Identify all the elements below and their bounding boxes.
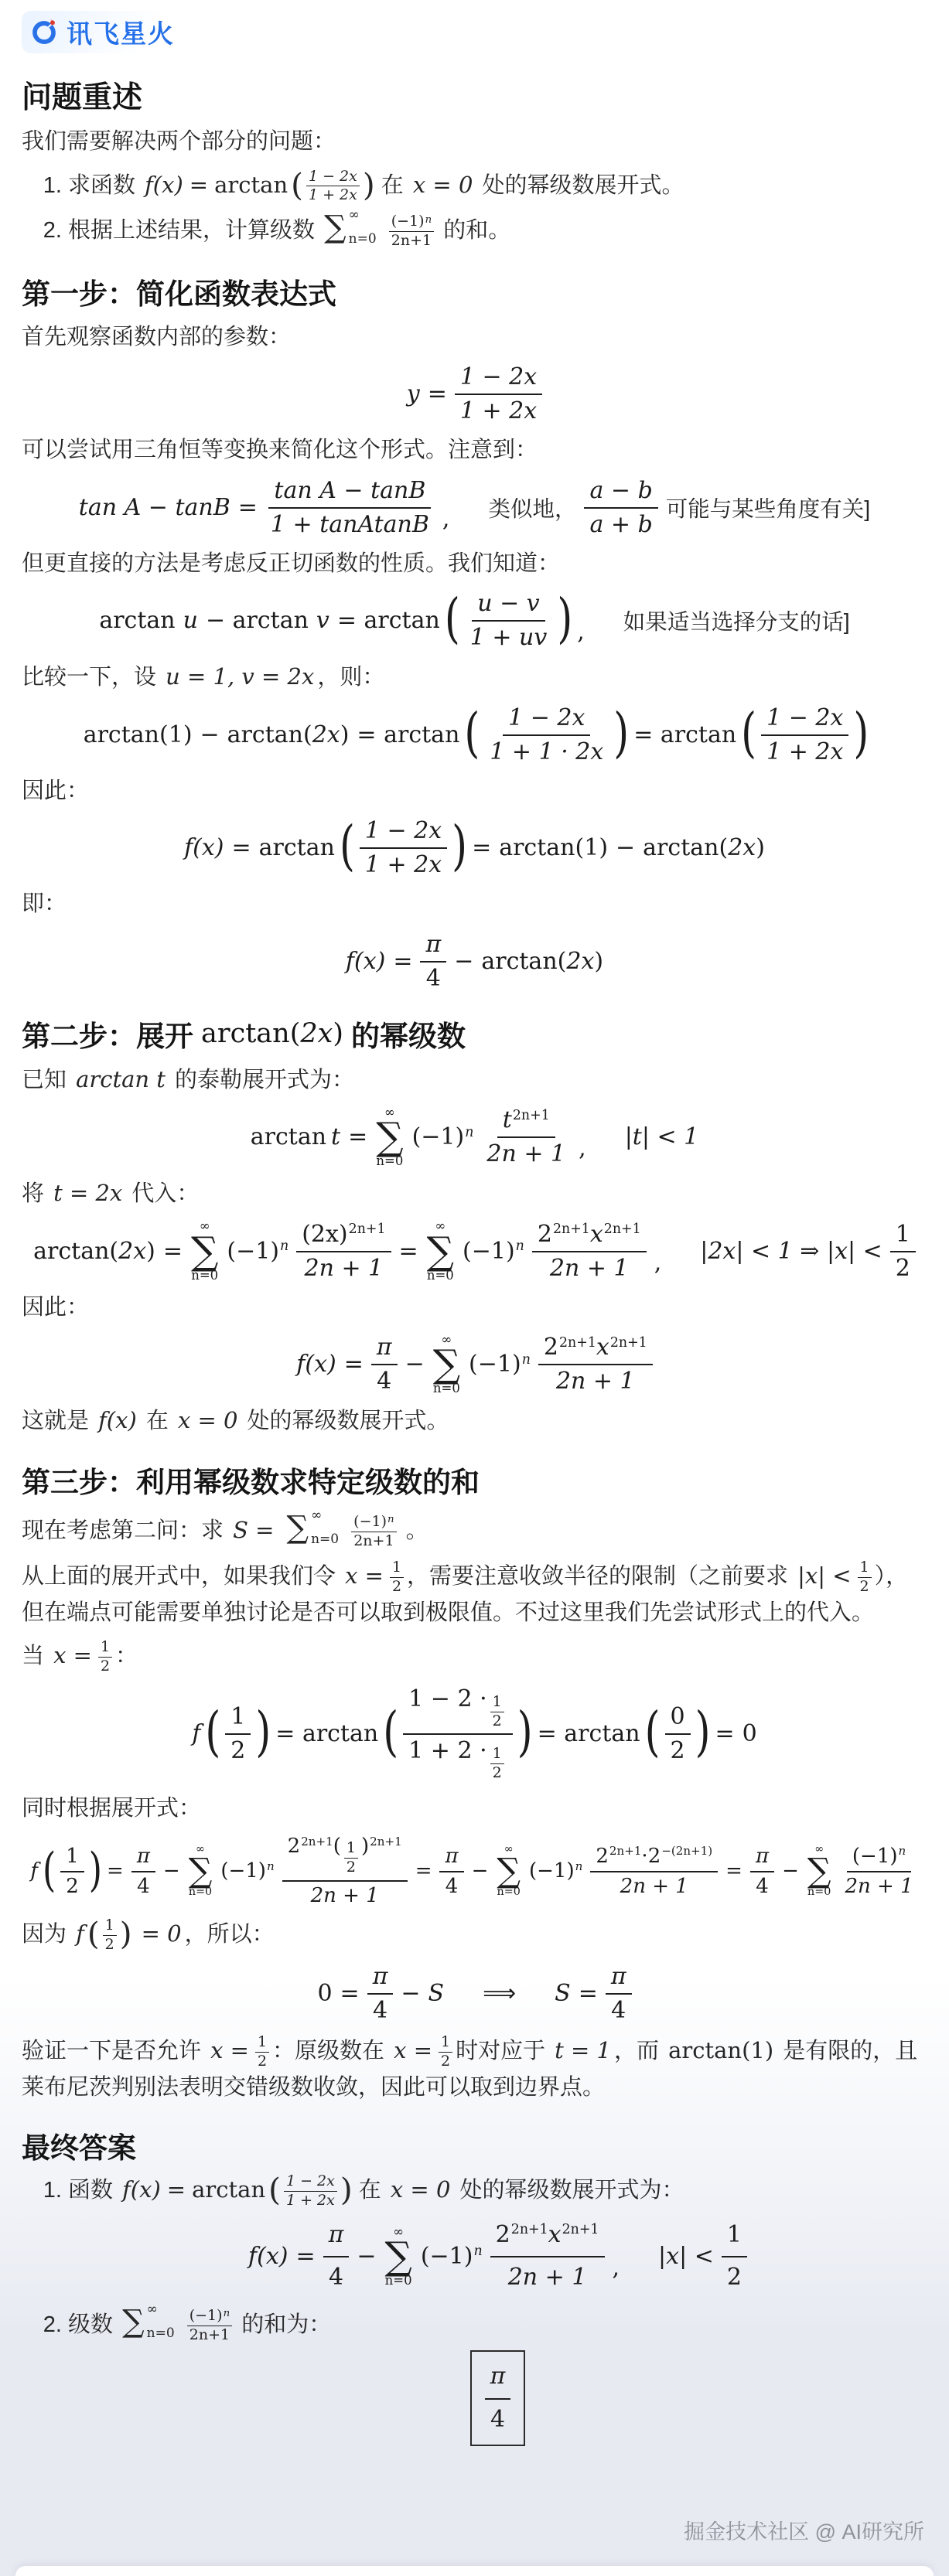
formula-fx-equivalence: f(x)= arctan ( 1 − 2x1 + 2x ) = arctan(1… bbox=[22, 816, 927, 879]
text-span: 验证一下是否允许 bbox=[22, 2039, 201, 2063]
math-var: x bbox=[590, 1221, 603, 1248]
fraction: π4 bbox=[371, 1333, 398, 1395]
superscript: n bbox=[575, 1859, 583, 1873]
superscript: n bbox=[899, 1844, 906, 1858]
text-span: 2n+1 bbox=[389, 232, 434, 250]
text-span: (−1)n bbox=[227, 1238, 288, 1265]
text-span: 4 bbox=[440, 1872, 464, 1899]
text-span: 1 − 2x bbox=[455, 363, 542, 395]
section-title-step1: 第一步：简化函数表达式 bbox=[22, 271, 927, 312]
text-span: 求函数 bbox=[68, 173, 135, 198]
text-span: 2n + 1 bbox=[615, 1872, 694, 1899]
superscript: 2n+1 bbox=[370, 1835, 402, 1849]
text-span: ： bbox=[115, 1644, 138, 1668]
step3-p5: 因为 f(12) = 0，所以： bbox=[22, 1917, 927, 1954]
step3-p4: 同时根据展开式： bbox=[22, 1792, 927, 1826]
math-var: f(x) bbox=[122, 2176, 161, 2203]
inline-fraction: (−1)n2n+1 bbox=[351, 1513, 396, 1551]
math-var: n bbox=[516, 1239, 524, 1254]
text-span: 1 bbox=[490, 1745, 504, 1764]
text-span: − bbox=[405, 1351, 425, 1378]
math-var: arctan t bbox=[76, 1066, 166, 1092]
step2-p3: 因此： bbox=[22, 1291, 927, 1325]
text-span: ∞ bbox=[147, 2303, 175, 2316]
fraction: 1 − 2 ·12 1 + 2 ·12 bbox=[403, 1685, 513, 1784]
formula-fx-simplified: f(x)= π4 − arctan(2x) bbox=[22, 930, 927, 993]
text-span: π bbox=[750, 1844, 774, 1872]
math-var: |2x| < 1 ⇒ |x| < bbox=[700, 1238, 882, 1265]
text-span: 0 bbox=[742, 1720, 757, 1747]
text-span: 1 + 2x bbox=[306, 186, 360, 205]
inline-fraction: 12 bbox=[439, 2033, 452, 2071]
text-span: = arctan bbox=[337, 607, 440, 634]
text-span: arctan bbox=[214, 172, 288, 198]
math-var: π bbox=[611, 1963, 626, 1990]
text-span: 1 + 2 · bbox=[408, 1737, 486, 1764]
text-span: ) bbox=[340, 721, 350, 748]
fraction: t2n+12n + 1 bbox=[481, 1106, 571, 1168]
text-span: ∑ bbox=[433, 1346, 460, 1382]
text-span: ( bbox=[268, 2171, 281, 2208]
text-span: (−1)n bbox=[529, 1859, 582, 1883]
text-span: ) bbox=[853, 719, 869, 751]
fraction: (2x)2n+12n + 1 bbox=[296, 1220, 391, 1283]
text-span: n=0 bbox=[349, 233, 377, 246]
text-span: · bbox=[641, 1845, 647, 1868]
summation: ∞∑n=0 bbox=[191, 1220, 218, 1282]
math-var: π bbox=[377, 1334, 392, 1361]
text-span: ( bbox=[445, 605, 460, 636]
text-span: 第二步：展开 bbox=[22, 1013, 193, 1055]
text-span: 2 bbox=[596, 1845, 609, 1868]
text-span: ∞ bbox=[349, 209, 377, 222]
text-span: arctan bbox=[481, 948, 557, 975]
step1-p4: 比较一下，设 u = 1, v = 2x，则： bbox=[22, 660, 927, 695]
formula-f-half-series: f ( 12 ) = π4 − ∞∑n=0 (−1)n 22n+1(12)2n+… bbox=[22, 1834, 927, 1908]
formula-arctan-identity: arctanu − arctanv = arctan ( u − v1 + uv… bbox=[22, 589, 927, 652]
inline-fraction: 12 bbox=[98, 1638, 112, 1676]
text-span: ( bbox=[719, 834, 728, 861]
step1-p3: 但更直接的方法是考虑反正切函数的性质。我们知道： bbox=[22, 547, 927, 581]
math-var: S bbox=[428, 1980, 445, 2007]
answer-box: π4 bbox=[470, 2350, 526, 2446]
icon-shape bbox=[50, 20, 55, 25]
superscript: 2n+1 bbox=[301, 1835, 333, 1849]
text-span: arctan(1) bbox=[668, 2037, 773, 2063]
text-span: 4 bbox=[377, 1368, 391, 1395]
fraction: π4 bbox=[367, 1962, 394, 2025]
math-var: f(x) bbox=[296, 1351, 336, 1378]
math-var: 2n + 1 bbox=[845, 1875, 913, 1898]
superscript: 2n+1 bbox=[562, 2220, 599, 2240]
text-span: ( bbox=[575, 834, 585, 861]
text-span: π bbox=[367, 1962, 394, 1995]
text-span: (−1) bbox=[391, 213, 425, 231]
step3-p3: 当 x =12： bbox=[22, 1638, 927, 1676]
inline-fraction: 12 bbox=[390, 1559, 404, 1596]
text-span: ) bbox=[333, 1018, 343, 1049]
superscript: −(2n+1) bbox=[661, 1844, 712, 1858]
spark-droplet-icon bbox=[28, 16, 60, 49]
text-span: ∞n=0 bbox=[311, 1509, 339, 1546]
formula-y-definition: y= 1 − 2x1 + 2x bbox=[22, 363, 927, 425]
text-span: ，而 bbox=[614, 2039, 659, 2063]
text-span: ( bbox=[333, 1835, 341, 1858]
math-var: tan A − tanB bbox=[274, 477, 425, 504]
text-span: = bbox=[238, 494, 258, 521]
text-span: (−1) bbox=[189, 2307, 223, 2326]
problem-item-2: 根据上述结果，计算级数 ∞∑∞n=0 (−1)n2n+1 的和。 bbox=[68, 209, 927, 250]
text-span: ( bbox=[340, 832, 355, 864]
math-var: u − v bbox=[477, 590, 539, 617]
text-span: 1 bbox=[896, 1221, 910, 1248]
text-span: ∑ bbox=[189, 1855, 213, 1887]
formula-final-series: f(x)= π4 − ∞∑n=0 (−1)n 22n+1x2n+12n + 1 … bbox=[68, 2217, 927, 2297]
final-item-1: 函数 f(x)=arctan(1 − 2x1 + 2x) 在 x = 0 处的幂… bbox=[68, 2172, 927, 2297]
text-span: (2x)2n+1 bbox=[296, 1220, 391, 1252]
text-span: ∞n=0 bbox=[349, 209, 377, 246]
section-title-restate: 问题重述 bbox=[22, 73, 927, 117]
text-span: 在 bbox=[146, 1409, 169, 1433]
text-span: 12 bbox=[490, 1745, 504, 1783]
text-span: ( bbox=[43, 1857, 56, 1885]
math-var: 1 − 2x bbox=[286, 2172, 335, 2191]
math-var: 1 + 2x bbox=[365, 851, 442, 878]
math-var: 2n + 1 bbox=[311, 1884, 379, 1907]
math-var: a − b bbox=[589, 477, 652, 504]
fraction: 22n+1x2n+12n + 1 bbox=[490, 2217, 605, 2297]
text-span: 1 bbox=[225, 1702, 251, 1735]
text-span: 现在考虑第二问：求 bbox=[22, 1518, 224, 1543]
text-span: (−1)n bbox=[220, 1859, 274, 1883]
text-span: (−1) bbox=[463, 1238, 515, 1265]
math-var: n bbox=[387, 1514, 394, 1525]
text-span: 2 bbox=[671, 1737, 685, 1764]
math-var: 2n + 1 bbox=[550, 1255, 629, 1282]
text-span: 2 bbox=[390, 1578, 404, 1596]
text-span: (−1) bbox=[469, 1351, 521, 1378]
superscript: n bbox=[267, 1859, 275, 1873]
inline-fraction: 12 bbox=[103, 1917, 117, 1954]
formula-sum-result: 0= π4 −S ⟹ S= π4 bbox=[22, 1962, 927, 2025]
text-span: 12 bbox=[490, 1693, 504, 1731]
text-span: (−1) bbox=[412, 1123, 465, 1150]
text-span: 1 − 2x bbox=[761, 704, 848, 736]
text-span: (2x) bbox=[302, 1221, 347, 1248]
section-title-step2: 第二步：展开 arctan(2x) 的幂级数 bbox=[22, 1013, 927, 1055]
text-span: 2 bbox=[890, 1252, 916, 1283]
math-var: f bbox=[76, 1920, 84, 1947]
math-var: 1 + 1 · 2x bbox=[490, 738, 603, 765]
text-span: = arctan bbox=[357, 721, 459, 748]
text-span: 2 bbox=[60, 1872, 84, 1899]
step2-p4: 这就是 f(x) 在 x = 0 处的幂级数展开式。 bbox=[22, 1404, 927, 1439]
text-span: arctan(1) bbox=[499, 834, 608, 861]
text-span: ：原级数在 bbox=[272, 2039, 384, 2063]
fraction: 22n+1x2n+12n + 1 bbox=[532, 1220, 647, 1283]
text-span: 2n + 1 bbox=[306, 1882, 384, 1908]
fraction: π4 bbox=[323, 2217, 350, 2297]
math-var: 2x bbox=[566, 948, 594, 975]
text-span: 1 − 2x bbox=[503, 704, 590, 736]
text-span: ，需要注意收敛半径的限制（之前要求 bbox=[407, 1564, 788, 1589]
text-span: 2 bbox=[490, 1764, 504, 1783]
text-span: u − v bbox=[472, 589, 544, 622]
fraction: 22n+1(12)2n+1 2n + 1 bbox=[282, 1834, 408, 1908]
summation: ∞∑n=0 bbox=[497, 1844, 521, 1897]
math-var: |x| < bbox=[658, 2239, 714, 2275]
text-span: (−1)n bbox=[847, 1844, 911, 1872]
text-span: arctan bbox=[84, 721, 159, 748]
math-var: 2n + 1 bbox=[486, 1140, 565, 1167]
bottom-card bbox=[15, 2566, 934, 2576]
fraction: π4 bbox=[485, 2358, 511, 2438]
text-span: ( bbox=[645, 1718, 661, 1750]
text-span: π bbox=[420, 930, 446, 963]
text-span: ∞n=0 bbox=[147, 2303, 175, 2340]
math-var: n bbox=[473, 2244, 482, 2259]
formula-f-half-value: f ( 12 ) = arctan ( 1 − 2 ·12 1 + 2 ·12 … bbox=[22, 1685, 927, 1784]
text-span: ) bbox=[340, 2171, 353, 2208]
text-span: 2 bbox=[544, 1334, 558, 1361]
text-span: arctan bbox=[643, 834, 719, 861]
text-span: n=0 bbox=[147, 2327, 175, 2340]
text-span: ( bbox=[383, 1718, 398, 1750]
text-span: (−1)n bbox=[463, 1238, 524, 1265]
math-var: π bbox=[425, 931, 441, 958]
fraction: 12 bbox=[60, 1844, 84, 1899]
summation: ∞∑n=0 bbox=[427, 1220, 454, 1282]
text-span: 2n + 1 bbox=[503, 2257, 592, 2297]
superscript: n bbox=[280, 1239, 288, 1254]
text-span: ) bbox=[146, 1238, 155, 1265]
superscript: n bbox=[522, 1352, 531, 1368]
math-var: tan A − tanB bbox=[79, 494, 230, 521]
math-var: n bbox=[267, 1859, 275, 1873]
text-span: 0 bbox=[317, 1980, 332, 2007]
text-span: ∑ bbox=[122, 2308, 145, 2336]
text-span: 4 bbox=[373, 1997, 387, 2024]
text-span: 在 bbox=[359, 2178, 381, 2203]
math-var: π bbox=[137, 1845, 150, 1868]
text-span: ) bbox=[695, 1718, 711, 1750]
step1-p5: 因此： bbox=[22, 775, 927, 809]
text-span: ，所以： bbox=[185, 1922, 275, 1947]
text-span: = bbox=[715, 1720, 735, 1747]
math-var: S = bbox=[233, 1517, 274, 1543]
text-span: 1 + 2x bbox=[455, 395, 542, 425]
math-var: 2x bbox=[312, 721, 340, 748]
math-var: t = 1 bbox=[555, 2037, 611, 2063]
text-span: n=0 bbox=[807, 1886, 831, 1897]
text-span: ( bbox=[159, 721, 169, 748]
text-span: = arctan bbox=[633, 721, 736, 748]
summation: ∞∑n=0 bbox=[189, 1844, 213, 1897]
text-span: = arctan bbox=[538, 1720, 640, 1747]
text-span: ∑ bbox=[287, 1514, 309, 1542]
text-span: ∑ bbox=[497, 1855, 521, 1887]
text-span: ( bbox=[290, 1018, 301, 1049]
text-span: 函数 bbox=[68, 2178, 113, 2203]
text-span: ( bbox=[741, 719, 756, 751]
fraction: 12 bbox=[722, 2217, 747, 2297]
text-span: = bbox=[399, 1238, 418, 1265]
text-span: 1 bbox=[60, 1844, 84, 1872]
superscript: 2n+1 bbox=[349, 1222, 386, 1237]
math-var: 2n + 1 bbox=[508, 2260, 587, 2296]
superscript: n bbox=[224, 2308, 230, 2321]
text-span: tan A − tanB bbox=[268, 476, 431, 509]
superscript: 2n+1 bbox=[511, 2220, 548, 2240]
text-span: (−1)n bbox=[412, 1123, 474, 1150]
text-span: arctan bbox=[227, 721, 303, 748]
text-span: 2 bbox=[858, 1578, 872, 1596]
text-span: 这就是 bbox=[22, 1409, 89, 1433]
text-span: 4 bbox=[445, 1875, 459, 1898]
text-span: 1 − 2 ·12 bbox=[403, 1685, 513, 1736]
step2-p2: 将 t = 2x 代入： bbox=[22, 1177, 927, 1211]
text-span: 0 bbox=[671, 1703, 685, 1730]
math-var: x = bbox=[345, 1562, 384, 1589]
math-var: π bbox=[329, 2217, 344, 2254]
math-var: x = bbox=[210, 2037, 249, 2063]
math-var: n bbox=[465, 1125, 473, 1140]
text-span: 1 + 1 · 2x bbox=[484, 736, 609, 766]
text-span: 2 bbox=[722, 2257, 747, 2297]
math-var: 1 − 2x bbox=[365, 817, 442, 844]
inline-fraction: 12 bbox=[255, 2033, 269, 2071]
text-span: 1 + tanAtanB bbox=[265, 509, 435, 539]
fraction: 1 − 2x1 + 2x bbox=[360, 816, 447, 879]
fraction: π4 bbox=[606, 1962, 632, 2025]
text-span: ∑ bbox=[427, 1233, 454, 1269]
text-span: ) bbox=[363, 166, 375, 203]
math-var: f bbox=[192, 1720, 200, 1747]
text-span: (−1)n bbox=[187, 2307, 232, 2326]
text-span: 22n+1(12)2n+1 bbox=[282, 1834, 408, 1882]
text-span: 2n + 1 bbox=[839, 1872, 918, 1899]
math-var: π bbox=[490, 2359, 506, 2395]
text-span: t2n+1 bbox=[497, 1106, 555, 1138]
text-span: a + b bbox=[584, 509, 657, 539]
text-span: 1 bbox=[490, 1693, 504, 1712]
text-span: 代入： bbox=[131, 1181, 199, 1206]
text-span: 1 bbox=[344, 1839, 358, 1859]
text-span: 的和为： bbox=[241, 2312, 331, 2337]
fraction: 12 bbox=[890, 1220, 916, 1283]
math-var: n bbox=[224, 2308, 230, 2319]
text-span: arctan(1) bbox=[84, 721, 193, 748]
text-span: ∑ bbox=[324, 213, 346, 241]
text-span: 1 bbox=[255, 2033, 269, 2053]
text-span: 1 bbox=[390, 1559, 404, 1578]
text-span: arctan bbox=[192, 2176, 265, 2203]
step1-p2: 可以尝试用三角恒等变换来简化这个形式。注意到： bbox=[22, 434, 927, 468]
fraction: 12 bbox=[225, 1702, 251, 1765]
text-span: ) bbox=[517, 1718, 533, 1750]
superscript: n bbox=[425, 214, 432, 227]
fraction: a − ba + b bbox=[584, 476, 657, 539]
text-span: 时对应于 bbox=[456, 2039, 545, 2063]
math-var: 1 + uv bbox=[470, 624, 548, 651]
math-var: v bbox=[316, 607, 329, 634]
text-span: 2 bbox=[538, 1221, 552, 1248]
text-span: 的和。 bbox=[443, 218, 510, 243]
text-span: (−1) bbox=[529, 1859, 575, 1883]
math-var: 2x bbox=[118, 1238, 146, 1265]
math-var: 1 + 2x bbox=[286, 2192, 335, 2209]
math-var: π bbox=[373, 1963, 388, 1990]
text-span: ∑ bbox=[191, 1233, 218, 1269]
superscript: 2n+1 bbox=[609, 1844, 642, 1858]
text-span: 2 bbox=[288, 1835, 301, 1858]
math-var: f(x) bbox=[346, 948, 385, 975]
text-span: 从上面的展开式中，如果我们令 bbox=[22, 1564, 336, 1589]
text-span: − bbox=[616, 834, 635, 861]
text-span: 2n + 1 bbox=[481, 1138, 571, 1168]
math-var: 2n + 1 bbox=[556, 1368, 635, 1395]
fraction: (−1)n2n + 1 bbox=[839, 1844, 918, 1899]
text-span: = bbox=[579, 1980, 598, 2007]
text-span: , bbox=[613, 2251, 620, 2287]
math-var: x bbox=[596, 1334, 609, 1361]
math-var: x = 0 bbox=[391, 2176, 451, 2203]
math-var: f bbox=[30, 1859, 38, 1883]
math-var: |t| < 1 bbox=[625, 1123, 699, 1150]
text-span: 可能与某些角度有关] bbox=[666, 492, 870, 523]
text-span: π bbox=[485, 2358, 511, 2400]
text-span: n=0 bbox=[376, 1155, 403, 1168]
text-span: 1 bbox=[584, 834, 599, 861]
text-span: , bbox=[654, 1249, 662, 1276]
math-var: 1 + 2x bbox=[460, 397, 537, 424]
text-span: 1 − 2x bbox=[284, 2172, 337, 2192]
final-answer-list: 函数 f(x)=arctan(1 − 2x1 + 2x) 在 x = 0 处的幂… bbox=[22, 2172, 927, 2446]
text-span: − bbox=[472, 1859, 489, 1883]
text-span: n=0 bbox=[427, 1269, 454, 1283]
text-span: ( bbox=[464, 719, 480, 751]
text-span: 因为 bbox=[22, 1922, 67, 1947]
text-span: = bbox=[232, 834, 251, 861]
text-span: − bbox=[401, 1980, 420, 2007]
summation: ∞∑n=0 bbox=[433, 1334, 460, 1395]
text-span: 1 − 2x bbox=[306, 168, 360, 187]
problem-item-1: 求函数 f(x)=arctan(1 − 2x1 + 2x) 在 x = 0 处的… bbox=[68, 168, 927, 206]
text-span: n=0 bbox=[189, 1886, 212, 1897]
text-span: π bbox=[606, 1962, 632, 1995]
text-span: 2 bbox=[496, 2217, 510, 2254]
text-span: (−1) bbox=[852, 1845, 898, 1868]
text-span: 1 + 2x bbox=[284, 2192, 337, 2210]
math-var: 1 + 2x bbox=[309, 186, 357, 203]
math-var: 2n + 1 bbox=[305, 1255, 384, 1282]
text-span: 1 bbox=[727, 2217, 742, 2254]
text-span: 0 bbox=[665, 1702, 691, 1735]
step3-p2: 从上面的展开式中，如果我们令 x =12，需要注意收敛半径的限制（之前要求 |x… bbox=[22, 1559, 927, 1630]
text-span: 2 bbox=[255, 2053, 269, 2071]
text-span: 4 bbox=[756, 1875, 769, 1898]
text-span: 类似地， bbox=[488, 492, 576, 523]
math-var: x = bbox=[394, 2037, 432, 2063]
text-span: ) bbox=[599, 834, 608, 861]
text-span: 1 bbox=[230, 1703, 245, 1730]
summation: ∞∑n=0 bbox=[376, 1106, 403, 1168]
text-span: ，则： bbox=[317, 665, 384, 690]
logo-wordmark: 讯飞星火 bbox=[67, 14, 175, 50]
text-span: 4 bbox=[137, 1875, 150, 1898]
text-span: ) bbox=[613, 719, 629, 751]
text-span: 1 − 2x bbox=[360, 816, 447, 849]
